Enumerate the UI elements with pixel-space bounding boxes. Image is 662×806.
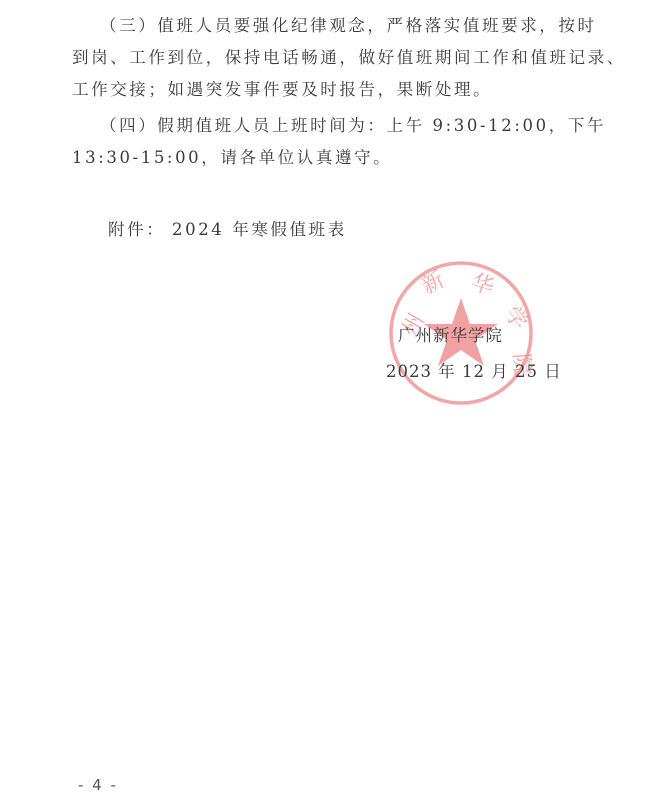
paragraph-3-line-1: （三）值班人员要强化纪律观念，严格落实值班要求，按时 bbox=[100, 12, 597, 36]
attachment-label: 附件： bbox=[108, 216, 165, 240]
paragraph-3-line-3: 工作交接；如遇突发事件要及时报告，果断处理。 bbox=[72, 76, 492, 100]
svg-text:华: 华 bbox=[468, 270, 497, 301]
paragraph-4-line-1: （四）假期值班人员上班时间为：上午 9:30-12:00，下午 bbox=[100, 112, 606, 136]
signature-date: 2023 年 12 月 25 日 bbox=[386, 358, 562, 382]
attachment-title: 2024 年寒假值班表 bbox=[172, 216, 347, 240]
signature-organization: 广州新华学院 bbox=[398, 322, 503, 346]
svg-text:新: 新 bbox=[418, 267, 449, 299]
paragraph-4-line-2: 13:30-15:00，请各单位认真遵守。 bbox=[72, 144, 392, 168]
paragraph-3-line-2: 到岗、工作到位，保持电话畅通，做好值班期间工作和值班记录、 bbox=[72, 44, 626, 68]
page-number: - 4 - bbox=[78, 776, 118, 794]
